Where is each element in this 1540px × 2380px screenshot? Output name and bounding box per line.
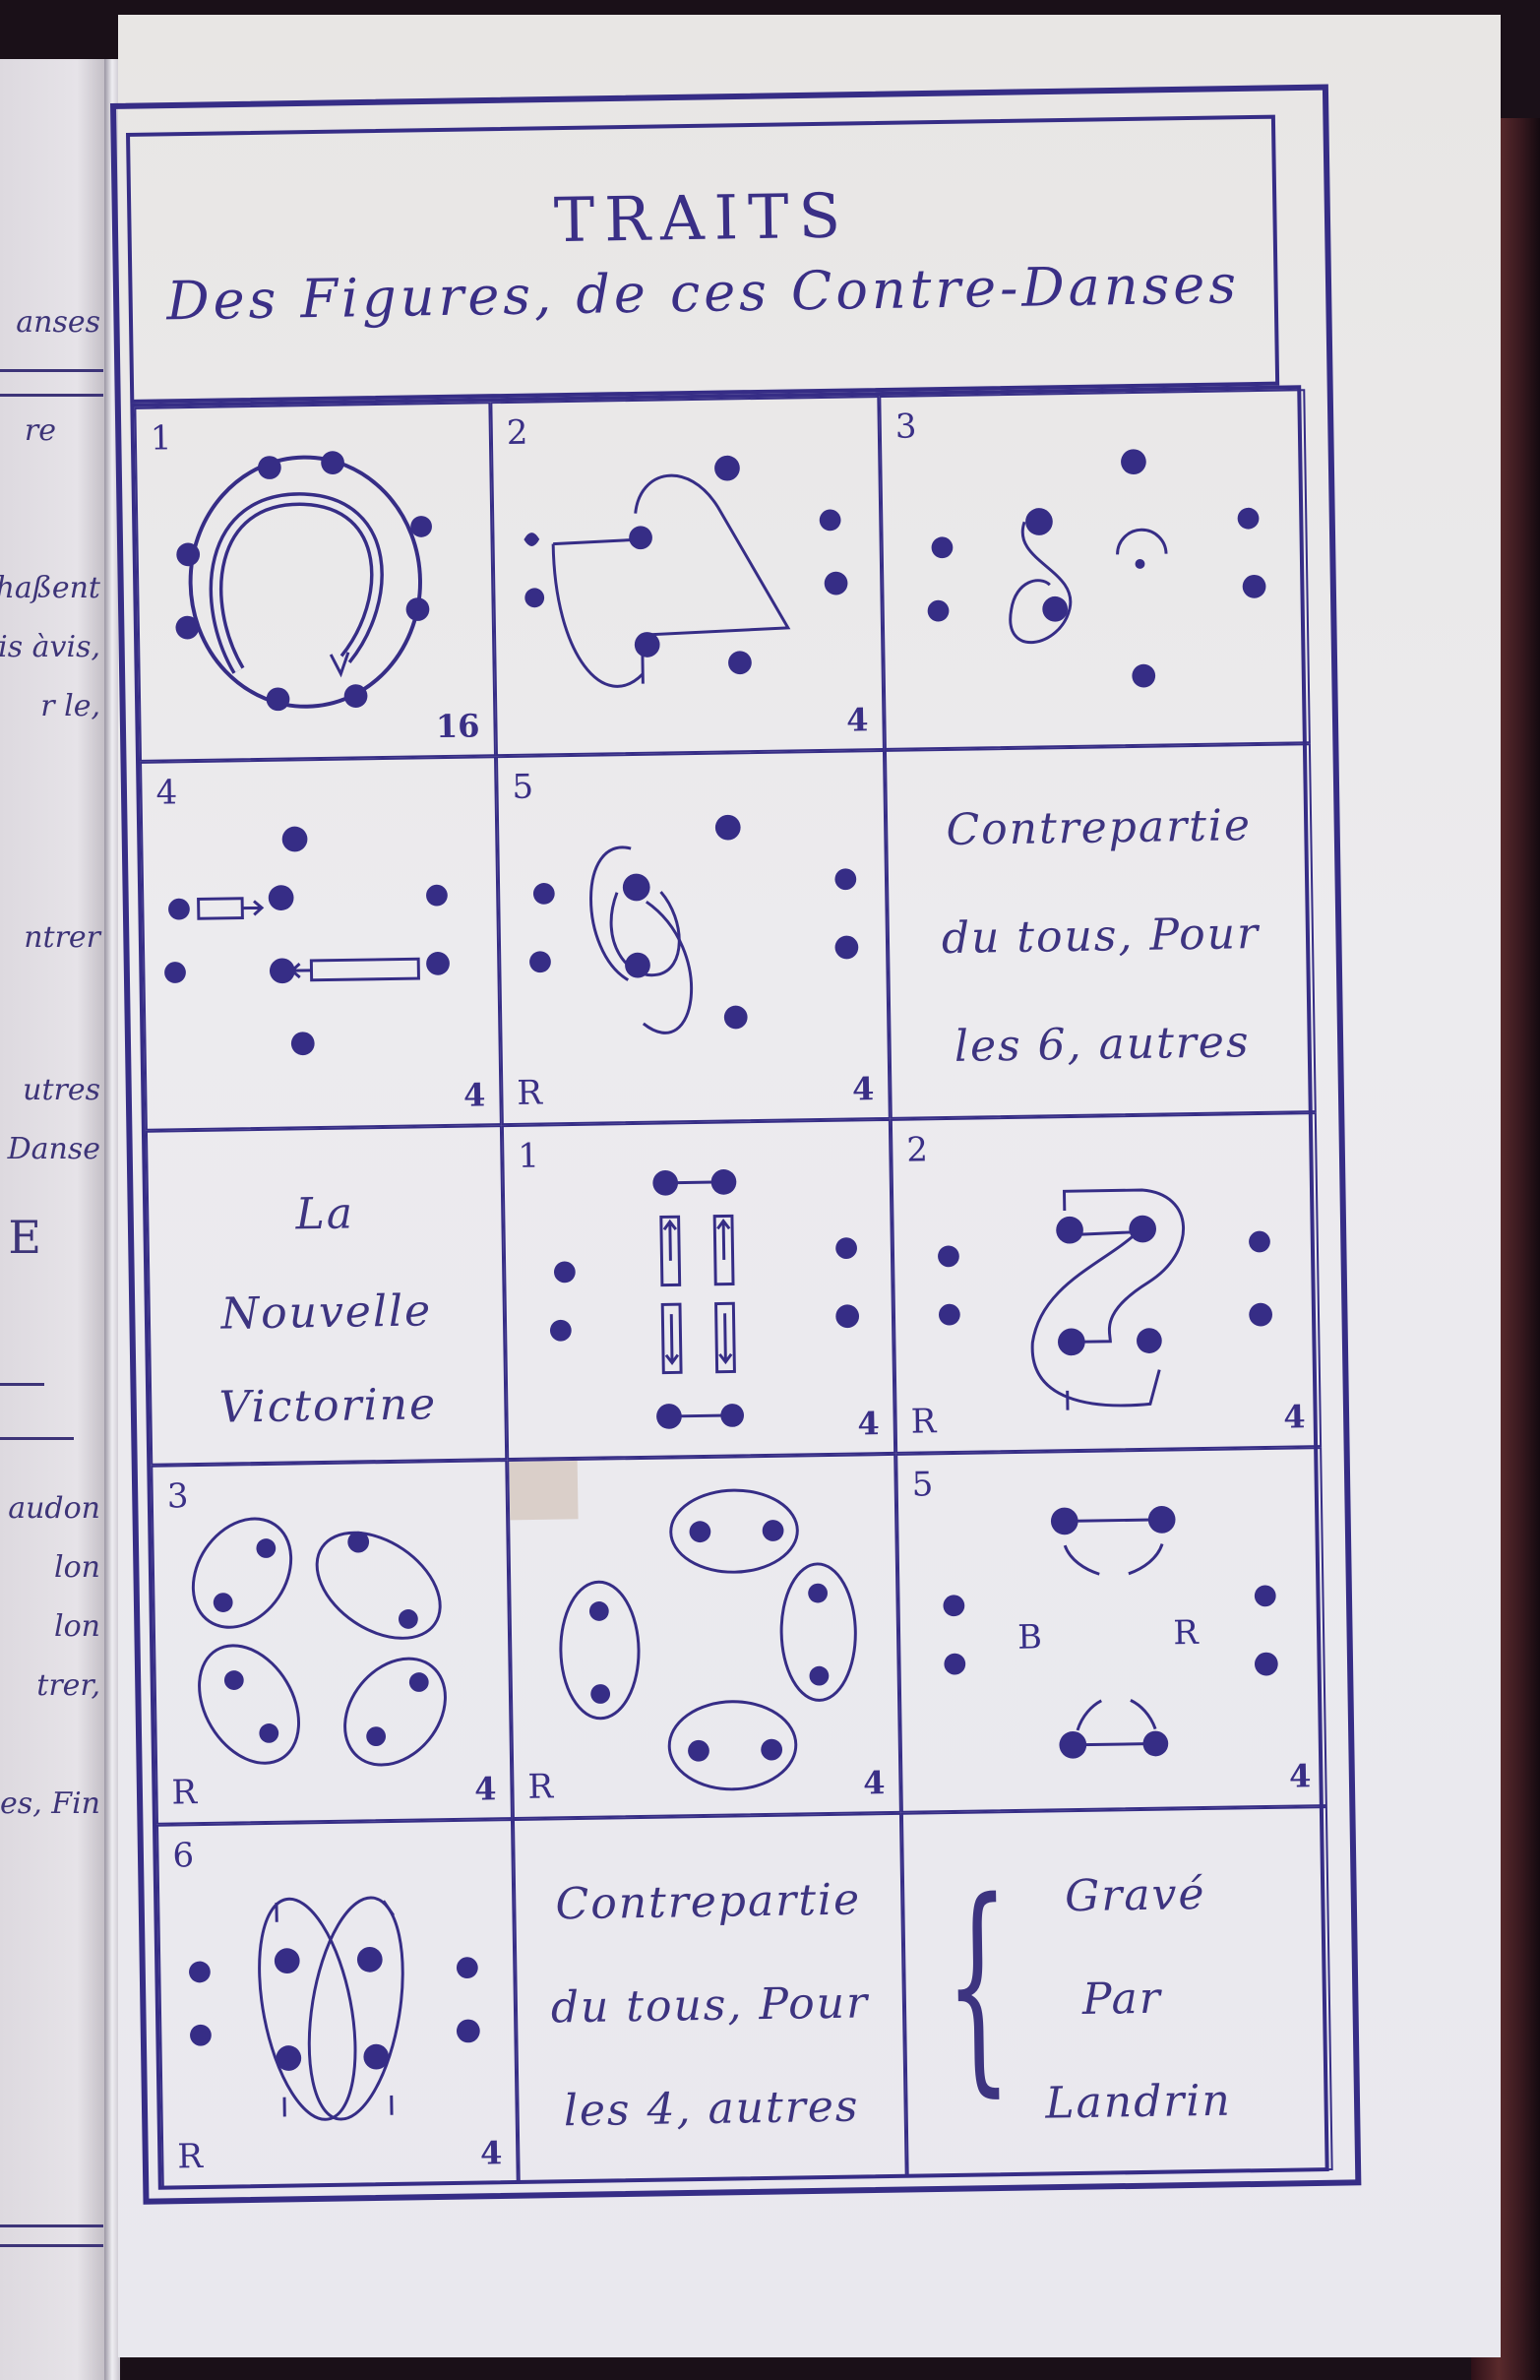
count-label: 4 [846, 701, 869, 738]
page-subtitle: Des Figures, de ces Contre-Danses [132, 253, 1274, 333]
count-label: 4 [863, 1764, 886, 1801]
oval-swap-diagram [498, 752, 889, 1123]
balance-mark: B [1017, 1617, 1042, 1656]
repeat-marker: R [527, 1767, 553, 1806]
title-box: TRAITS Des Figures, de ces Contre-Danses [126, 115, 1279, 404]
dancer-symbols [925, 447, 1267, 691]
left-page-text: E [8, 1211, 41, 1264]
balance-exchange-diagram: B R [897, 1449, 1325, 1811]
count-label: 4 [1283, 1398, 1306, 1435]
left-page-text: lon [54, 1550, 100, 1585]
caption-line: les 4, autres [519, 2081, 904, 2137]
engraver-line: Landrin [907, 2074, 1330, 2131]
left-page-text: audon [8, 1491, 100, 1526]
left-page-rule [0, 369, 103, 372]
figure-cell-5b: 5 B R 4 [895, 1447, 1327, 1813]
circle-ronde-diagram [136, 404, 494, 760]
vertical-lanes-diagram [504, 1121, 893, 1458]
count-label: 4 [852, 1070, 875, 1107]
dancer-symbols [213, 1531, 430, 1749]
repeat-marker: R [171, 1773, 197, 1812]
left-page-rule [0, 394, 103, 397]
caption-line: Contrepartie [888, 799, 1311, 856]
dancer-symbols [189, 1945, 481, 2072]
text-cell-contrepartie-4: Contrepartie du tous, Pour les 4, autres [513, 1813, 907, 2183]
four-figure-eights-diagram [153, 1462, 511, 1823]
count-label: 4 [480, 2134, 503, 2171]
caption-line: du tous, Pour [518, 1977, 903, 2034]
plate: TRAITS Des Figures, de ces Contre-Danses… [126, 114, 1329, 2189]
left-page-rule [0, 2224, 103, 2227]
repeat-marker: R [910, 1402, 936, 1441]
left-page-rule [0, 2244, 103, 2247]
left-page-text: lon [54, 1609, 100, 1644]
dancer-symbols [588, 1519, 831, 1763]
left-page-text: is àvis, [0, 630, 100, 664]
left-page-text: anses [16, 305, 100, 340]
trapezoid-path-diagram [492, 398, 883, 754]
left-page-text: es, Fin [0, 1786, 100, 1821]
dancer-symbols [527, 813, 860, 1033]
dancer-symbols [162, 824, 451, 1057]
figure-cell-1: 1 16 [134, 402, 496, 762]
figure-cell-5: 5 R 4 [496, 750, 891, 1125]
four-figure-eights-rotated-diagram [509, 1456, 899, 1817]
figure-cell-4b: R 4 [507, 1454, 901, 1819]
dancer-symbols [937, 1214, 1272, 1358]
figure-cell-6: 6 R 4 [156, 1819, 519, 2189]
repeat-marker: R [177, 2137, 203, 2176]
repeat-mark: R [1173, 1613, 1201, 1652]
count-label: 4 [857, 1405, 880, 1442]
parallel-arrows-diagram [142, 758, 500, 1129]
figure-cell-2b: 2 R 4 [891, 1112, 1322, 1454]
left-page-text: Danse [8, 1132, 100, 1166]
left-page-text: trer, [36, 1668, 100, 1703]
left-page-text: utres [23, 1073, 100, 1107]
count-label: 4 [463, 1076, 486, 1113]
caption-line: les 6, autres [891, 1016, 1314, 1073]
dancer-symbols [942, 1504, 1279, 1760]
dancer-symbols [547, 1167, 860, 1431]
figure-cell-3b: 3 R 4 [151, 1460, 513, 1825]
count-label: 4 [474, 1770, 497, 1807]
facing-left-page: anses re haßent is àvis, r le, ntrer utr… [0, 59, 113, 2380]
text-cell-dance-title: La Nouvelle Victorine [146, 1125, 507, 1466]
repeat-marker: R [517, 1073, 542, 1112]
left-page-text: re [25, 413, 56, 448]
stain [509, 1461, 578, 1520]
dance-title-line: Victorine [152, 1378, 505, 1434]
left-page-text: haßent [0, 571, 100, 605]
count-label: 16 [436, 707, 480, 745]
count-label: 4 [1289, 1757, 1312, 1794]
page-title: TRAITS [131, 173, 1273, 263]
caption-line: Contrepartie [516, 1874, 901, 1930]
engraver-line: Gravé [904, 1867, 1327, 1924]
s-curve-spiral-diagram [881, 391, 1309, 748]
engraver-line: Par [906, 1971, 1329, 2028]
text-cell-engraver: { Gravé Par Landrin [901, 1806, 1333, 2177]
figure-cell-3: 3 [879, 389, 1311, 750]
left-page-text: r le, [40, 689, 100, 723]
left-page-rule [0, 1437, 74, 1440]
double-hey-diagram [158, 1821, 517, 2187]
figure-cell-1b: 1 4 [502, 1119, 895, 1460]
text-cell-contrepartie-6: Contrepartie du tous, Pour les 6, autres [885, 743, 1317, 1119]
figure-cell-4: 4 4 [140, 756, 502, 1131]
left-page-text: ntrer [24, 920, 100, 955]
dance-title-line: Nouvelle [150, 1284, 503, 1341]
s-chain-diagram [893, 1114, 1320, 1452]
figure-grid: 1 16 2 [130, 385, 1328, 2189]
caption-line: du tous, Pour [890, 908, 1313, 965]
figure-cell-2: 2 4 [490, 396, 885, 756]
dance-title-line: La [149, 1186, 502, 1242]
left-page-rule [0, 1383, 44, 1386]
